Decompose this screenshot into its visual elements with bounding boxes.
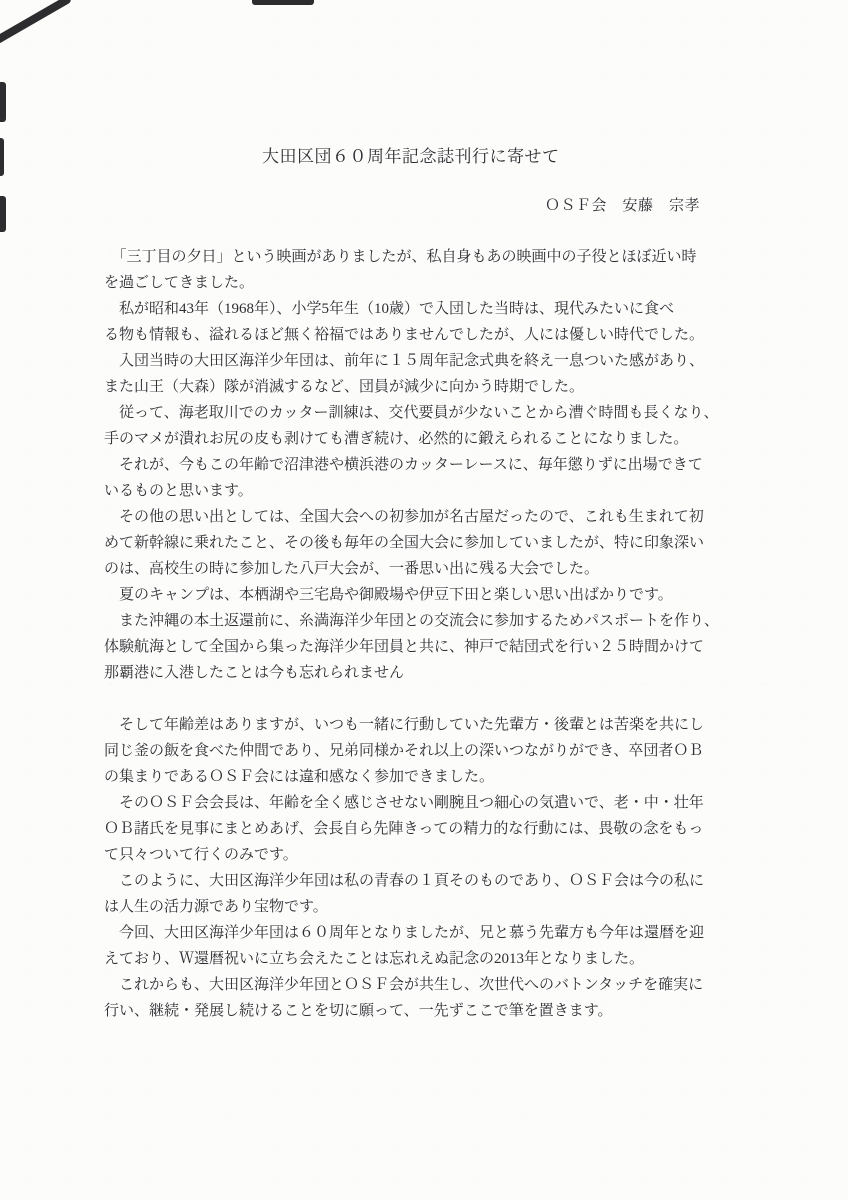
text-line: 入団当時の大田区海洋少年団は、前年に１５周年記念式典を終え一息ついた感があり、 bbox=[104, 348, 744, 374]
text-line: て只々ついて行くのみです。 bbox=[104, 842, 744, 868]
scanned-document-page: 大田区団６０周年記念誌刊行に寄せて ＯＳＦ会 安藤 宗孝 「三丁目の夕日」という… bbox=[0, 0, 848, 1200]
text-line: 那覇港に入港したことは今も忘れられません bbox=[104, 660, 744, 686]
text-line: 手のマメが潰れお尻の皮も剥けても漕ぎ続け、必然的に鍛えられることになりました。 bbox=[104, 426, 744, 452]
text-line: ＯＢ諸氏を見事にまとめあげ、会長自ら先陣きっての精力的な行動には、畏敬の念をもっ bbox=[104, 816, 744, 842]
text-line: の集まりであるＯＳＦ会には違和感なく参加できました。 bbox=[104, 764, 744, 790]
scan-artifact-corner-diagonal bbox=[0, 0, 72, 45]
text-line: いるものと思います。 bbox=[104, 478, 744, 504]
text-line: を過ごしてきました。 bbox=[104, 270, 744, 296]
text-line: そのＯＳＦ会会長は、年齢を全く感じさせない剛腕且つ細心の気遣いで、老・中・壮年 bbox=[104, 790, 744, 816]
text-line: これからも、大田区海洋少年団とＯＳＦ会が共生し、次世代へのバトンタッチを確実に bbox=[104, 972, 744, 998]
text-line: 「三丁目の夕日」という映画がありましたが、私自身もあの映画中の子役とほぼ近い時 bbox=[104, 244, 744, 270]
scan-artifact-left-edge bbox=[0, 196, 6, 232]
author-byline: ＯＳＦ会 安藤 宗孝 bbox=[545, 194, 700, 215]
text-line: また沖縄の本土返還前に、糸満海洋少年団との交流会に参加するためパスポートを作り、 bbox=[104, 608, 744, 634]
text-line: それが、今もこの年齢で沼津港や横浜港のカッターレースに、毎年懲りずに出場できて bbox=[104, 452, 744, 478]
text-line: めて新幹線に乗れたこと、その後も毎年の全国大会に参加していましたが、特に印象深い bbox=[104, 530, 744, 556]
body-text: 「三丁目の夕日」という映画がありましたが、私自身もあの映画中の子役とほぼ近い時を… bbox=[104, 244, 744, 1024]
text-line bbox=[104, 686, 744, 712]
text-line: このように、大田区海洋少年団は私の青春の１頁そのものであり、ＯＳＦ会は今の私に bbox=[104, 868, 744, 894]
text-line: 夏のキャンプは、本栖湖や三宅島や御殿場や伊豆下田と楽しい思い出ばかりです。 bbox=[104, 582, 744, 608]
scan-artifact-top-edge bbox=[252, 0, 314, 5]
text-line: 体験航海として全国から集った海洋少年団員と共に、神戸で結団式を行い２５時間かけて bbox=[104, 634, 744, 660]
text-line: は人生の活力源であり宝物です。 bbox=[104, 894, 744, 920]
text-line: えており、Ｗ還暦祝いに立ち会えたことは忘れえぬ記念の2013年となりました。 bbox=[104, 946, 744, 972]
document-title: 大田区団６０周年記念誌刊行に寄せて bbox=[262, 142, 560, 167]
text-line: そして年齢差はありますが、いつも一緒に行動していた先輩方・後輩とは苦楽を共にし bbox=[104, 712, 744, 738]
text-line: その他の思い出としては、全国大会への初参加が名古屋だったので、これも生まれて初 bbox=[104, 504, 744, 530]
text-line: また山王（大森）隊が消滅するなど、団員が減少に向かう時期でした。 bbox=[104, 374, 744, 400]
text-line: 従って、海老取川でのカッター訓練は、交代要員が少ないことから漕ぐ時間も長くなり、 bbox=[104, 400, 744, 426]
text-line: 行い、継続・発展し続けることを切に願って、一先ずここで筆を置きます。 bbox=[104, 998, 744, 1024]
text-line: 同じ釜の飯を食べた仲間であり、兄弟同様かそれ以上の深いつながりができ、卒団者ＯＢ bbox=[104, 738, 744, 764]
text-line: のは、高校生の時に参加した八戸大会が、一番思い出に残る大会でした。 bbox=[104, 556, 744, 582]
scan-artifact-left-edge bbox=[0, 138, 4, 176]
text-line: 今回、大田区海洋少年団は６０周年となりましたが、兄と慕う先輩方も今年は還暦を迎 bbox=[104, 920, 744, 946]
scan-artifact-left-edge bbox=[0, 82, 6, 122]
text-line: る物も情報も、溢れるほど無く裕福ではありませんでしたが、人には優しい時代でした。 bbox=[104, 322, 744, 348]
text-line: 私が昭和43年（1968年）、小学5年生（10歳）で入団した当時は、現代みたいに… bbox=[104, 296, 744, 322]
